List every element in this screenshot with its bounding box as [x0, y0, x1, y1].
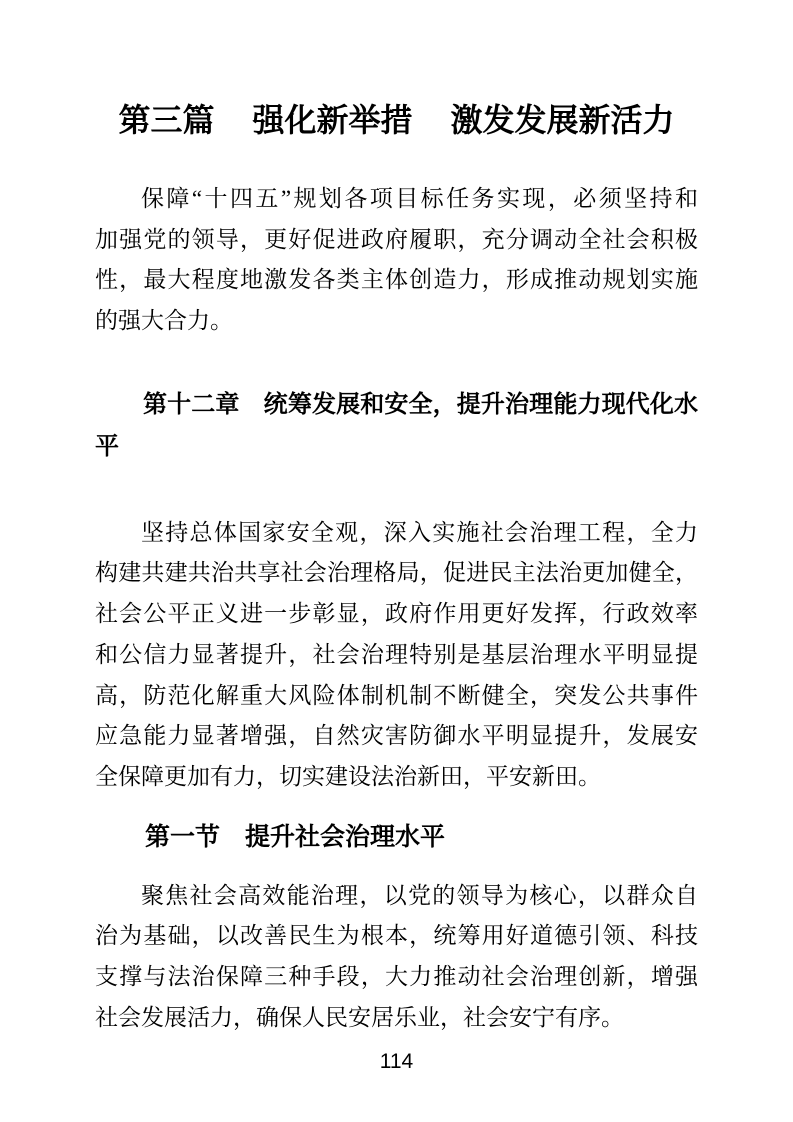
paragraph-line: 社会公平正义进一步彰显，政府作用更好发挥，行政效率 — [95, 594, 698, 635]
paragraph-line: 社会发展活力，确保人民安居乐业，社会安宁有序。 — [95, 998, 698, 1039]
paragraph-line: 的强大合力。 — [95, 301, 698, 342]
chapter-heading: 第十二章 统筹发展和安全，提升治理能力现代化水 平 — [95, 384, 698, 468]
paragraph-line: 和公信力显著提升，社会治理特别是基层治理水平明显提 — [95, 635, 698, 676]
paragraph-line: 高，防范化解重大风险体制机制不断健全，突发公共事件 — [95, 676, 698, 717]
part-title: 第三篇 强化新举措 激发发展新活力 — [95, 100, 698, 140]
paragraph-line: 支撑与法治保障三种手段，大力推动社会治理创新，增强 — [95, 957, 698, 998]
page-number: 114 — [0, 1050, 793, 1074]
section-heading: 第一节 提升社会治理水平 — [95, 817, 698, 857]
section-paragraph: 聚焦社会高效能治理，以党的领导为核心，以群众自 治为基础，以改善民生为根本，统筹… — [95, 876, 698, 1039]
paragraph-line: 加强党的领导，更好促进政府履职，充分调动全社会积极 — [95, 220, 698, 261]
page-content: 第三篇 强化新举措 激发发展新活力 保障“十四五”规划各项目标任务实现，必须坚持… — [0, 0, 793, 1038]
paragraph-line: 聚焦社会高效能治理，以党的领导为核心，以群众自 — [95, 876, 698, 917]
part-title-segment-1: 强化新举措 — [252, 100, 412, 140]
part-title-number: 第三篇 — [118, 100, 214, 140]
paragraph-line: 坚持总体国家安全观，深入实施社会治理工程，全力 — [95, 513, 698, 554]
paragraph-line: 构建共建共治共享社会治理格局，促进民主法治更加健全， — [95, 553, 698, 594]
paragraph-line: 保障“十四五”规划各项目标任务实现，必须坚持和 — [95, 179, 698, 220]
document-page: 第三篇 强化新举措 激发发展新活力 保障“十四五”规划各项目标任务实现，必须坚持… — [0, 0, 793, 1122]
paragraph-line: 治为基础，以改善民生为根本，统筹用好道德引领、科技 — [95, 916, 698, 957]
paragraph-line: 性，最大程度地激发各类主体创造力，形成推动规划实施 — [95, 260, 698, 301]
chapter-heading-line: 第十二章 统筹发展和安全，提升治理能力现代化水 — [95, 384, 698, 426]
chapter-heading-line: 平 — [95, 426, 698, 468]
intro-paragraph: 保障“十四五”规划各项目标任务实现，必须坚持和 加强党的领导，更好促进政府履职，… — [95, 179, 698, 342]
paragraph-line: 全保障更加有力，切实建设法治新田，平安新田。 — [95, 757, 698, 798]
chapter-paragraph: 坚持总体国家安全观，深入实施社会治理工程，全力 构建共建共治共享社会治理格局，促… — [95, 513, 698, 798]
part-title-segment-2: 激发发展新活力 — [451, 100, 675, 140]
paragraph-line: 应急能力显著增强，自然灾害防御水平明显提升，发展安 — [95, 716, 698, 757]
